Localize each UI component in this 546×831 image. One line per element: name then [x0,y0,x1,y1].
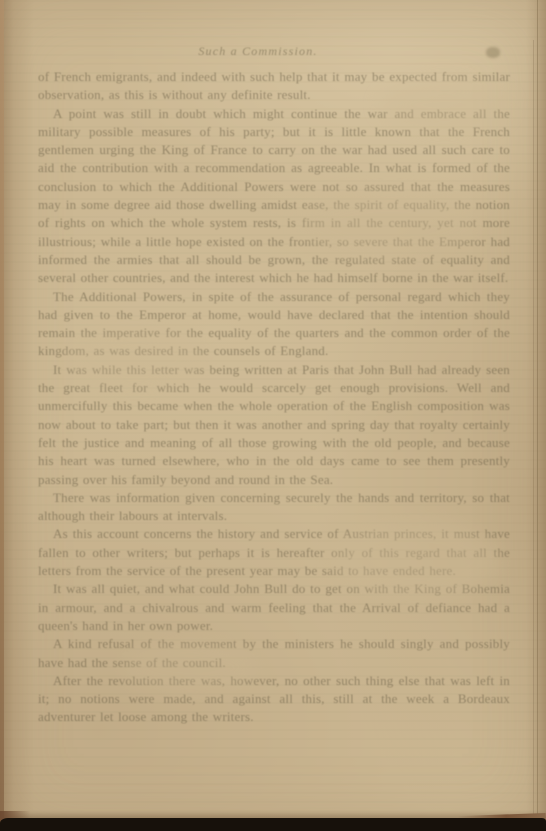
fading-patch [330,520,500,600]
page-edge-line [537,0,538,819]
page-number-smudge [486,47,500,58]
page-edge-shadow [526,0,546,831]
page-edge-line [533,40,534,819]
fading-patch [300,190,480,260]
photo-background-band [0,818,546,831]
paragraph: A kind refusal of the movement by the mi… [38,635,510,672]
fading-patch [380,80,510,130]
gutter-shadow [0,0,34,831]
running-head: Such a Commission. [38,44,478,59]
body-text: of French emigrants, and indeed with suc… [38,68,510,727]
fading-patch [120,640,260,695]
paragraph: After the revolution there was, however,… [38,672,510,727]
binding-edge [0,0,4,831]
book-page-photo: Such a Commission. of French emigrants, … [0,0,546,831]
paragraph: There was information given concerning s… [38,489,510,526]
fading-patch [60,330,210,390]
